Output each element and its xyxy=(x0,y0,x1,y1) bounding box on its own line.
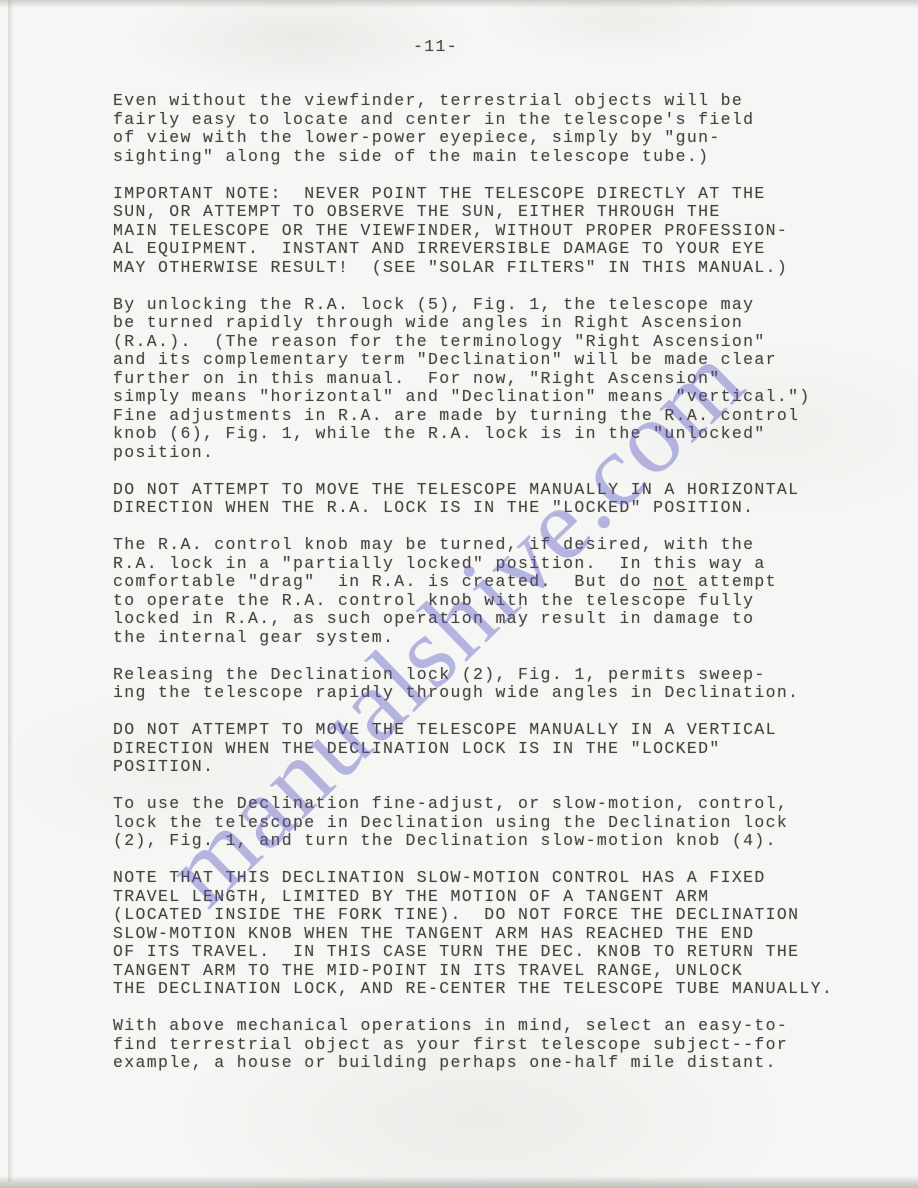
page-body-text: Even without the viewfinder, terrestrial… xyxy=(113,92,873,1073)
paragraph-first-subject-suggestion: With above mechanical operations in mind… xyxy=(113,1017,873,1073)
paragraph-vertical-warning: DO NOT ATTEMPT TO MOVE THE TELESCOPE MAN… xyxy=(113,721,873,777)
scan-top-edge-shadow xyxy=(0,0,918,8)
page-number: -11- xyxy=(413,38,458,57)
paragraph-ra-lock-explanation: By unlocking the R.A. lock (5), Fig. 1, … xyxy=(113,296,873,463)
paragraph-horizontal-warning: DO NOT ATTEMPT TO MOVE THE TELESCOPE MAN… xyxy=(113,481,873,518)
underlined-word-not: not xyxy=(653,572,687,591)
paragraph-declination-fine-adjust: To use the Declination fine-adjust, or s… xyxy=(113,795,873,851)
paragraph-ra-control-knob: The R.A. control knob may be turned, if … xyxy=(113,536,873,647)
paragraph-important-sun-warning: IMPORTANT NOTE: NEVER POINT THE TELESCOP… xyxy=(113,185,873,278)
paragraph-declination-lock-release: Releasing the Declination lock (2), Fig.… xyxy=(113,666,873,703)
paragraph-viewfinder-note: Even without the viewfinder, terrestrial… xyxy=(113,92,873,166)
paragraph-tangent-arm-note: NOTE THAT THIS DECLINATION SLOW-MOTION C… xyxy=(113,869,873,999)
scan-left-edge-shadow xyxy=(8,0,13,1182)
scan-bottom-edge-shadow xyxy=(0,1176,918,1188)
scanned-manual-page: -11- Even without the viewfinder, terres… xyxy=(0,0,918,1188)
